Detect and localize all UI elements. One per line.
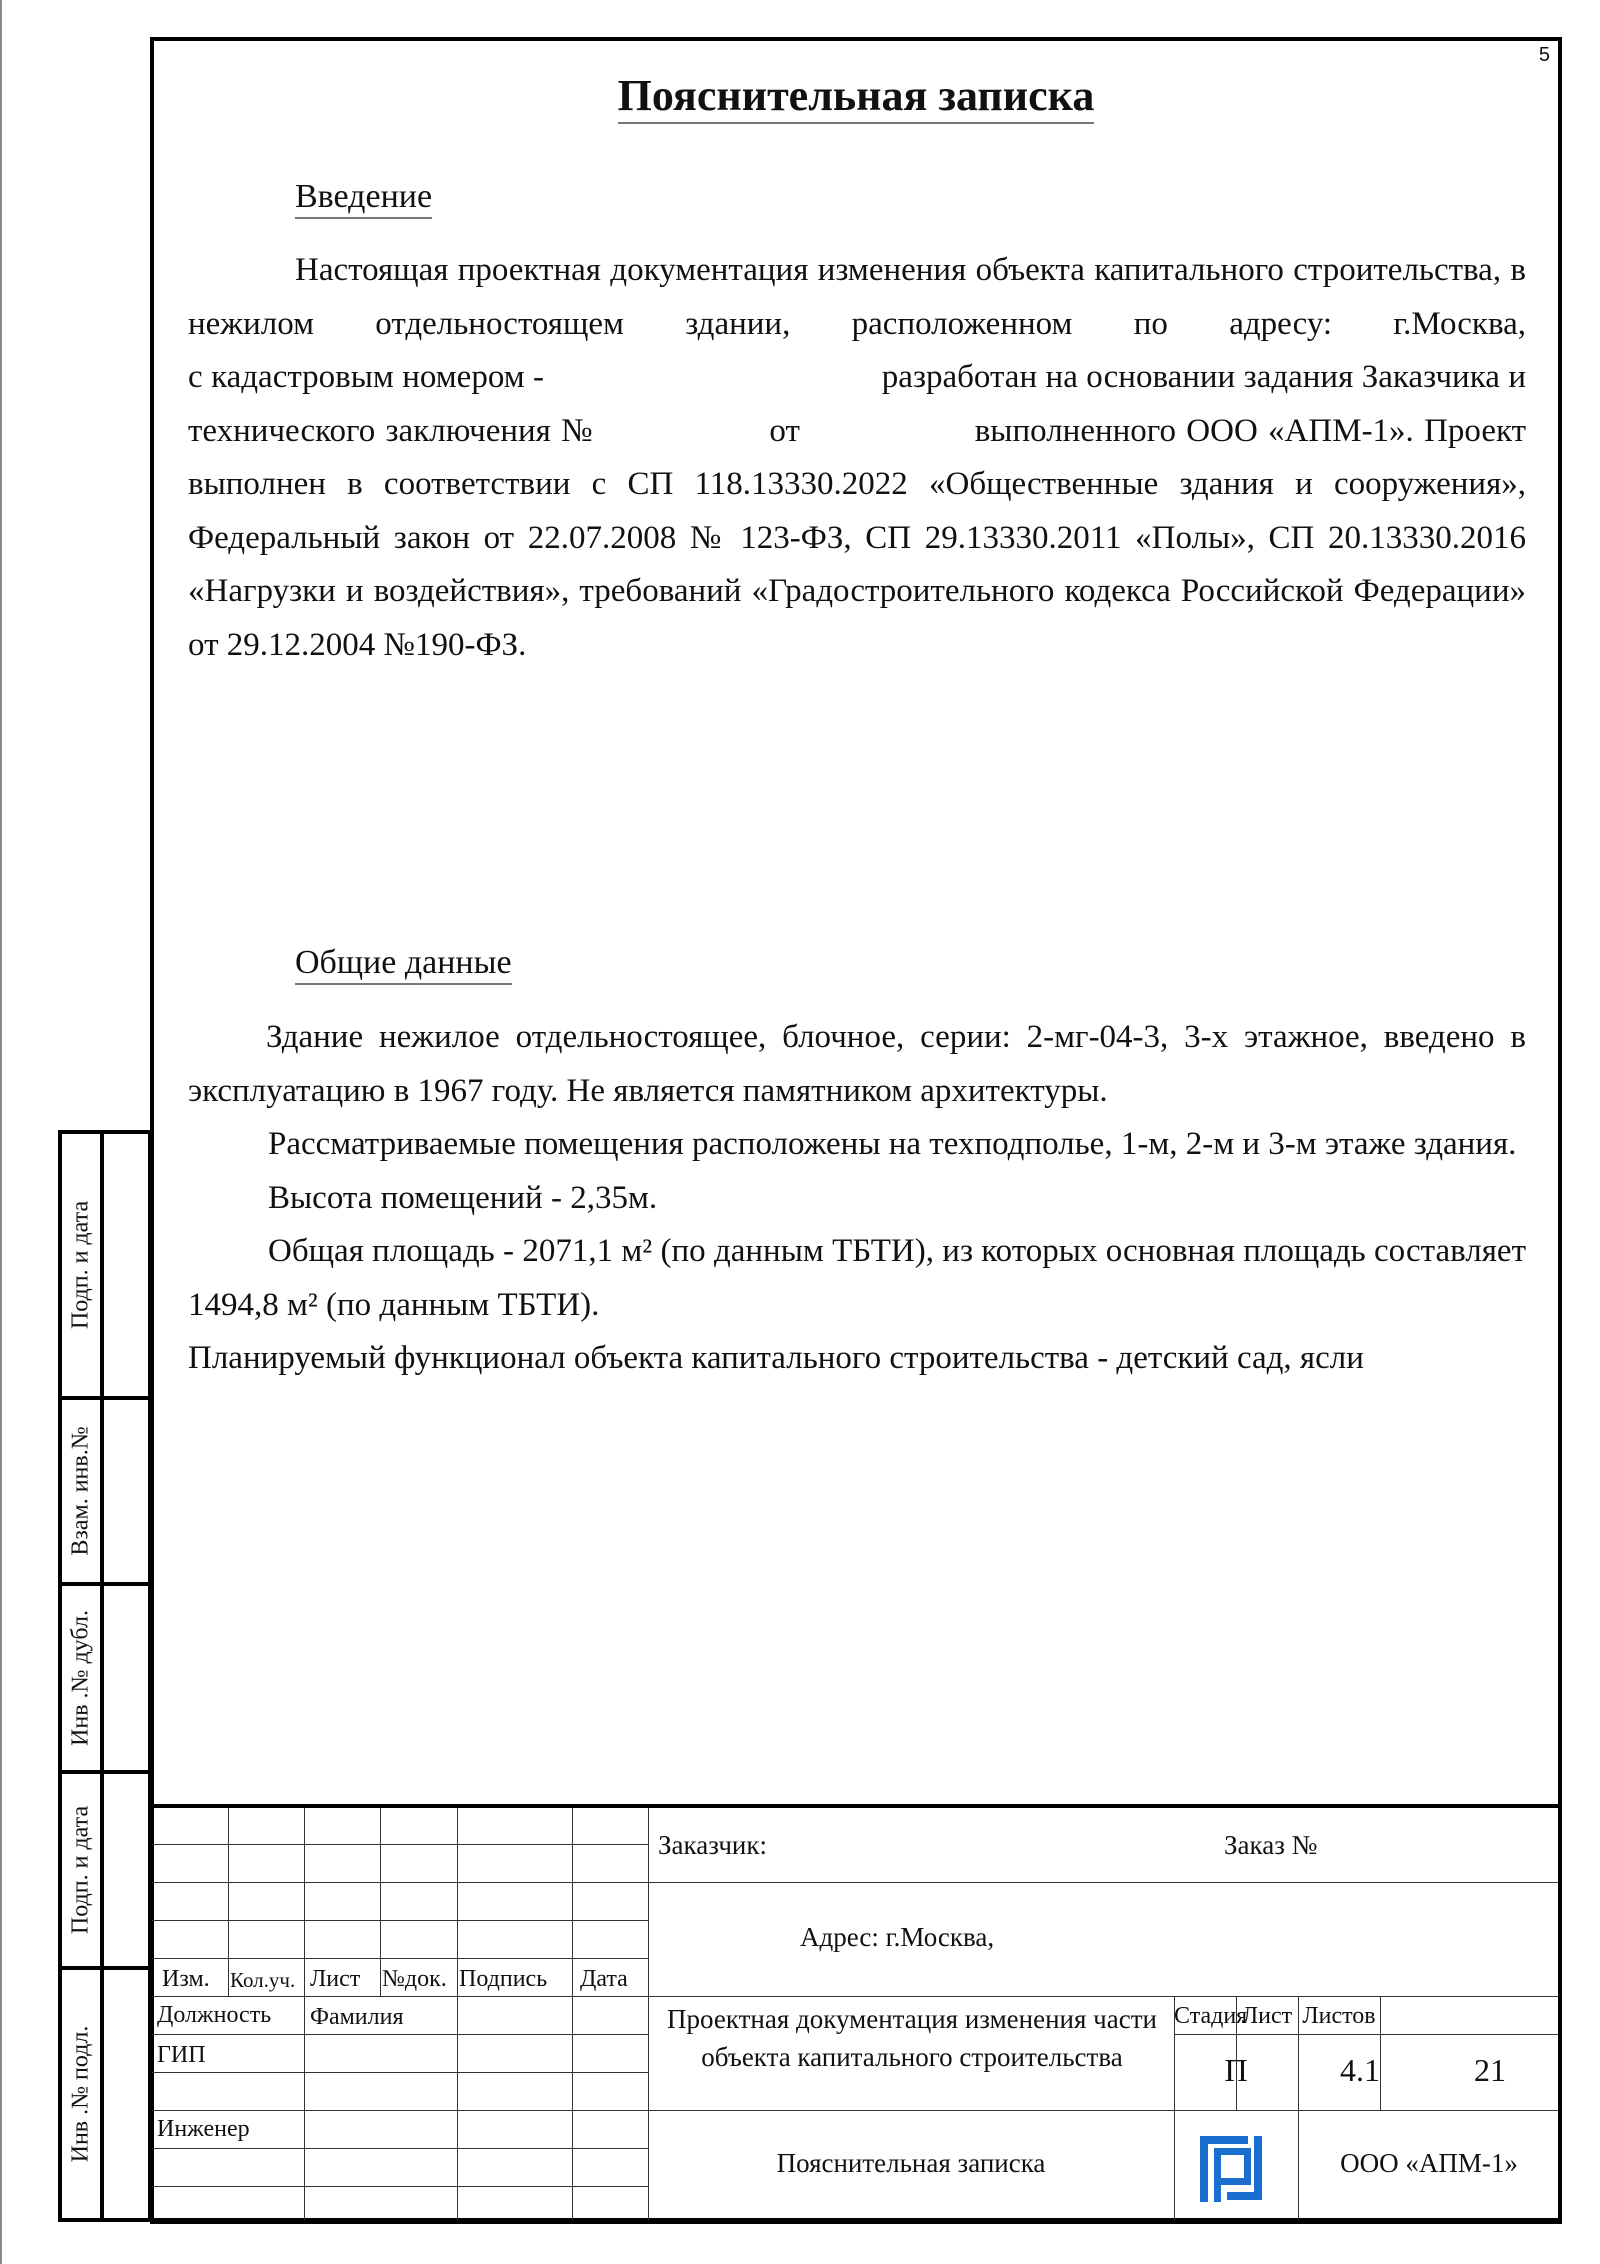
general-p4: Общая площадь - 2071,1 м² (по данным ТБТ… [188, 1225, 1526, 1332]
side-stamp-4: Подп. и дата [58, 1770, 152, 1970]
page-edge [0, 0, 2, 2264]
col-data: Дата [580, 1966, 628, 1993]
order-label: Заказ № [1224, 1830, 1317, 1861]
surname-header: Фамилия [310, 2004, 404, 2031]
stage-label: Стадия [1174, 2003, 1236, 2030]
side-stamp-1: Подп. и дата [58, 1130, 152, 1400]
sheets-label: Листов [1298, 2003, 1380, 2030]
sheets-value: 21 [1422, 2052, 1558, 2089]
project-name: Проектная документация изменения части о… [652, 2000, 1172, 2076]
col-list: Лист [310, 1966, 360, 1993]
general-paragraphs: Здание нежилое отдельностоящее, блочное,… [188, 1011, 1526, 1386]
side-stamp-5: Инв .№ подл. [58, 1966, 152, 2222]
intro-paragraph: Настоящая проектная документация изменен… [188, 244, 1526, 672]
side-stamp-3: Инв .№ дубл. [58, 1582, 152, 1774]
general-p5: Планируемый функционал объекта капитальн… [188, 1332, 1526, 1386]
address: Адрес: г.Москва, [800, 1922, 994, 1953]
sheet-value: 4.1 [1298, 2052, 1422, 2089]
position-header: Должность [157, 2002, 271, 2029]
intro-heading: Введение [295, 178, 432, 216]
col-podpis: Подпись [459, 1966, 547, 1993]
general-p2: Рассматриваемые помещения расположены на… [188, 1118, 1526, 1172]
col-izm: Изм. [162, 1966, 210, 1993]
document-name: Пояснительная записка [648, 2148, 1174, 2179]
stage-value: П [1174, 2052, 1298, 2089]
general-p1: Здание нежилое отдельностоящее, блочное,… [188, 1011, 1526, 1118]
general-p3: Высота помещений - 2,35м. [188, 1172, 1526, 1226]
col-ndok: №док. [382, 1966, 447, 1993]
page-title: Пояснительная записка [150, 70, 1562, 121]
title-block: Изм. Кол.уч. Лист №док. Подпись Дата Дол… [152, 1804, 1560, 2224]
side-stamp-2: Взам. инв.№ [58, 1396, 152, 1586]
role-gip: ГИП [157, 2042, 206, 2069]
general-heading: Общие данные [295, 944, 512, 982]
sheet-label: Лист [1236, 2003, 1298, 2030]
page-number: 5 [1539, 44, 1550, 67]
customer-label: Заказчик: [658, 1830, 767, 1861]
apm-logo-icon [1200, 2134, 1262, 2204]
company-name: ООО «АПМ-1» [1298, 2148, 1560, 2179]
col-kol: Кол.уч. [230, 1968, 295, 1993]
role-engineer: Инженер [157, 2116, 250, 2143]
